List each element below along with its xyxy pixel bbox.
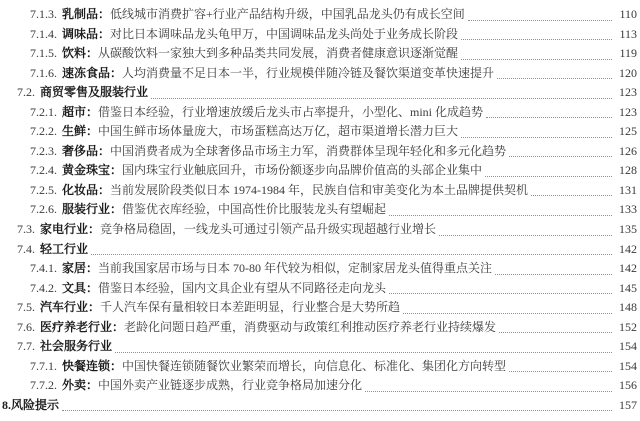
toc-entry-number: 7.4.2.: [30, 279, 57, 299]
toc-entry-page: 135: [615, 220, 637, 240]
dot-leader: [115, 352, 612, 353]
toc-entry-term: 调味品：: [62, 25, 110, 45]
toc-entry[interactable]: 7.4.轻工行业142: [0, 240, 637, 260]
toc-entry[interactable]: 7.2.商贸零售及服装行业123: [0, 83, 637, 103]
toc-entry-term: 家电行业：: [40, 220, 100, 240]
toc-entry-page: 125: [615, 122, 637, 142]
toc-entry-term: 社会服务行业: [40, 337, 112, 357]
toc-entry-number: 7.2.6.: [30, 200, 57, 220]
toc-entry[interactable]: 7.7.社会服务行业154: [0, 337, 637, 357]
toc-entry-number: 7.4.: [17, 240, 35, 260]
toc-entry-term: 黄金珠宝：: [62, 161, 122, 181]
toc-entry-number: 7.2.2.: [30, 122, 57, 142]
dot-leader: [403, 313, 612, 314]
toc-entry-page: 145: [615, 279, 637, 299]
toc-entry[interactable]: 7.3.家电行业：竞争格局稳固，一线龙头可通过引领产品升级实现超越行业增长135: [0, 220, 637, 240]
toc-entry-number: 7.1.3.: [30, 5, 57, 25]
toc-entry-desc: 人均消费量不足日本一半，行业规模伴随冷链及餐饮渠道变革快速提升: [122, 64, 494, 84]
toc-entry-term: 超市：: [62, 103, 98, 123]
dot-leader: [151, 98, 612, 99]
toc-entry-number: 7.7.: [17, 337, 35, 357]
toc-entry[interactable]: 7.6.医疗养老行业：老龄化问题日趋严重，消费驱动与政策红利推动医疗养老行业持续…: [0, 318, 637, 338]
toc-entry[interactable]: 7.1.4.调味品：对比日本调味品龙头龟甲万，中国调味品龙头尚处于业务成长阶段1…: [0, 25, 637, 45]
toc-entry-desc: 中国生鲜市场体量庞大，市场蛋糕高达万亿，超市渠道增长潜力巨大: [98, 122, 458, 142]
toc-entry-page: 133: [615, 200, 637, 220]
dot-leader: [509, 156, 612, 157]
dot-leader: [468, 20, 612, 21]
toc-entry-page: 119: [615, 44, 637, 64]
toc-entry-term: 风险提示: [11, 396, 59, 416]
toc-entry-desc: 对比日本调味品龙头龟甲万，中国调味品龙头尚处于业务成长阶段: [110, 25, 458, 45]
toc-entry[interactable]: 7.1.5.饮料：从碳酸饮料一家独大到多种品类共同发展，消费者健康意识逐渐觉醒1…: [0, 44, 637, 64]
toc-entry-number: 8.: [2, 396, 11, 416]
toc-entry-number: 7.3.: [17, 220, 35, 240]
toc-entry-desc: 竞争格局稳固，一线龙头可通过引领产品升级实现超越行业增长: [100, 220, 436, 240]
table-of-contents: 7.1.3.乳制品：低线城市消费扩容+行业产品结构升级，中国乳品龙头仍有成长空间…: [0, 0, 640, 421]
toc-entry-term: 乳制品：: [62, 5, 110, 25]
toc-entry-page: 123: [615, 103, 637, 123]
toc-entry-page: 148: [615, 298, 637, 318]
toc-entry-page: 123: [615, 83, 637, 103]
dot-leader: [461, 39, 612, 40]
toc-entry-page: 154: [615, 337, 637, 357]
dot-leader: [439, 235, 612, 236]
toc-entry-term: 生鲜：: [62, 122, 98, 142]
dot-leader: [509, 371, 612, 372]
toc-entry-term: 饮料：: [62, 44, 98, 64]
toc-entry-number: 7.2.1.: [30, 103, 57, 123]
toc-entry-term: 化妆品：: [62, 181, 110, 201]
toc-entry-page: 142: [615, 240, 637, 260]
dot-leader: [495, 274, 612, 275]
toc-entry-page: 142: [615, 259, 637, 279]
dot-leader: [365, 391, 612, 392]
toc-entry-number: 7.1.6.: [30, 64, 57, 84]
toc-entry-term: 家居：: [62, 259, 98, 279]
dot-leader: [531, 195, 612, 196]
toc-entry-page: 131: [615, 181, 637, 201]
dot-leader: [497, 78, 612, 79]
toc-entry[interactable]: 7.2.4.黄金珠宝：国内珠宝行业触底回升，市场份额逐步向品牌价值高的头部企业集…: [0, 161, 637, 181]
toc-entry-desc: 中国外卖产业链逐步成熟，行业竞争格局加速分化: [98, 376, 362, 396]
dot-leader: [486, 117, 612, 118]
toc-entry-term: 文具：: [62, 279, 98, 299]
toc-entry-desc: 借鉴日本经验，行业增速放缓后龙头市占率提升，小型化、mini 化成趋势: [98, 103, 483, 123]
toc-entry-term: 汽车行业：: [40, 298, 100, 318]
dot-leader: [499, 332, 612, 333]
toc-entry-number: 7.2.4.: [30, 161, 57, 181]
toc-entry-term: 商贸零售及服装行业: [40, 83, 148, 103]
toc-entry-number: 7.2.3.: [30, 142, 57, 162]
toc-entry[interactable]: 7.7.1.快餐连锁：中国快餐连锁随餐饮业繁荣而增长，向信息化、标准化、集团化方…: [0, 357, 637, 377]
toc-entry-number: 7.7.2.: [30, 376, 57, 396]
toc-entry-page: 128: [615, 161, 637, 181]
toc-entry[interactable]: 7.1.3.乳制品：低线城市消费扩容+行业产品结构升级，中国乳品龙头仍有成长空间…: [0, 5, 637, 25]
toc-entry-term: 服装行业：: [62, 200, 122, 220]
toc-entry-page: 154: [615, 357, 637, 377]
toc-entry-term: 医疗养老行业：: [40, 318, 124, 338]
toc-entry-term: 奢侈品：: [62, 142, 110, 162]
toc-entry[interactable]: 7.5.汽车行业：千人汽车保有量相较日本差距明显，行业整合是大势所趋148: [0, 298, 637, 318]
dot-leader: [389, 293, 612, 294]
toc-entry-term: 快餐连锁：: [62, 357, 122, 377]
toc-entry-page: 156: [615, 376, 637, 396]
toc-entry-desc: 中国快餐连锁随餐饮业繁荣而增长，向信息化、标准化、集团化方向转型: [122, 357, 506, 377]
toc-entry-page: 126: [615, 142, 637, 162]
toc-entry[interactable]: 7.4.2.文具：借鉴日本经验，国内文具企业有望从不同路径走向龙头145: [0, 279, 637, 299]
toc-entry-term: 轻工行业: [40, 240, 88, 260]
toc-entry-page: 152: [615, 318, 637, 338]
toc-entry-desc: 当前发展阶段类似日本 1974-1984 年，民族自信和审美变化为本土品牌提供契…: [110, 181, 528, 201]
toc-entry-desc: 国内珠宝行业触底回升，市场份额逐步向品牌价值高的头部企业集中: [122, 161, 482, 181]
dot-leader: [389, 215, 612, 216]
toc-entry-desc: 老龄化问题日趋严重，消费驱动与政策红利推动医疗养老行业持续爆发: [124, 318, 496, 338]
dot-leader: [91, 254, 612, 255]
dot-leader: [461, 59, 612, 60]
toc-entry-number: 7.4.1.: [30, 259, 57, 279]
toc-entry[interactable]: 7.1.6.速冻食品：人均消费量不足日本一半，行业规模伴随冷链及餐饮渠道变革快速…: [0, 64, 637, 84]
toc-entry[interactable]: 7.2.6.服装行业：借鉴优衣库经验，中国高性价比服装龙头有望崛起133: [0, 200, 637, 220]
toc-entry-desc: 借鉴日本经验，国内文具企业有望从不同路径走向龙头: [98, 279, 386, 299]
toc-entry-number: 7.1.4.: [30, 25, 57, 45]
toc-entry-desc: 从碳酸饮料一家独大到多种品类共同发展，消费者健康意识逐渐觉醒: [98, 44, 458, 64]
toc-entry-page: 120: [615, 64, 637, 84]
toc-entry[interactable]: 7.2.1.超市：借鉴日本经验，行业增速放缓后龙头市占率提升，小型化、mini …: [0, 103, 637, 123]
toc-entry[interactable]: 7.2.3.奢侈品：中国消费者成为全球奢侈品市场主力军，消费群体呈现年轻化和多元…: [0, 142, 637, 162]
dot-leader: [62, 410, 612, 411]
toc-entry-desc: 借鉴优衣库经验，中国高性价比服装龙头有望崛起: [122, 200, 386, 220]
toc-entry-desc: 中国消费者成为全球奢侈品市场主力军，消费群体呈现年轻化和多元化趋势: [110, 142, 506, 162]
toc-entry-page: 110: [615, 5, 637, 25]
toc-entry[interactable]: 7.7.2.外卖：中国外卖产业链逐步成熟，行业竞争格局加速分化156: [0, 376, 637, 396]
toc-entry-desc: 当前我国家居市场与日本 70-80 年代较为相似，定制家居龙头值得重点关注: [98, 259, 492, 279]
toc-entry-desc: 低线城市消费扩容+行业产品结构升级，中国乳品龙头仍有成长空间: [110, 5, 465, 25]
toc-entry[interactable]: 7.2.5.化妆品：当前发展阶段类似日本 1974-1984 年，民族自信和审美…: [0, 181, 637, 201]
toc-entry-page: 113: [615, 25, 637, 45]
toc-entry-page: 157: [615, 396, 637, 416]
toc-entry[interactable]: 7.2.2.生鲜：中国生鲜市场体量庞大，市场蛋糕高达万亿，超市渠道增长潜力巨大1…: [0, 122, 637, 142]
toc-entry-term: 速冻食品：: [62, 64, 122, 84]
toc-entry-number: 7.7.1.: [30, 357, 57, 377]
toc-entry-number: 7.1.5.: [30, 44, 57, 64]
toc-entry[interactable]: 8.风险提示157: [0, 396, 637, 416]
toc-entry-number: 7.6.: [17, 318, 35, 338]
dot-leader: [461, 137, 612, 138]
toc-entry[interactable]: 7.4.1.家居：当前我国家居市场与日本 70-80 年代较为相似，定制家居龙头…: [0, 259, 637, 279]
toc-entry-number: 7.2.: [17, 83, 35, 103]
dot-leader: [485, 176, 612, 177]
toc-entry-number: 7.5.: [17, 298, 35, 318]
toc-entry-term: 外卖：: [62, 376, 98, 396]
toc-entry-desc: 千人汽车保有量相较日本差距明显，行业整合是大势所趋: [100, 298, 400, 318]
toc-entry-number: 7.2.5.: [30, 181, 57, 201]
